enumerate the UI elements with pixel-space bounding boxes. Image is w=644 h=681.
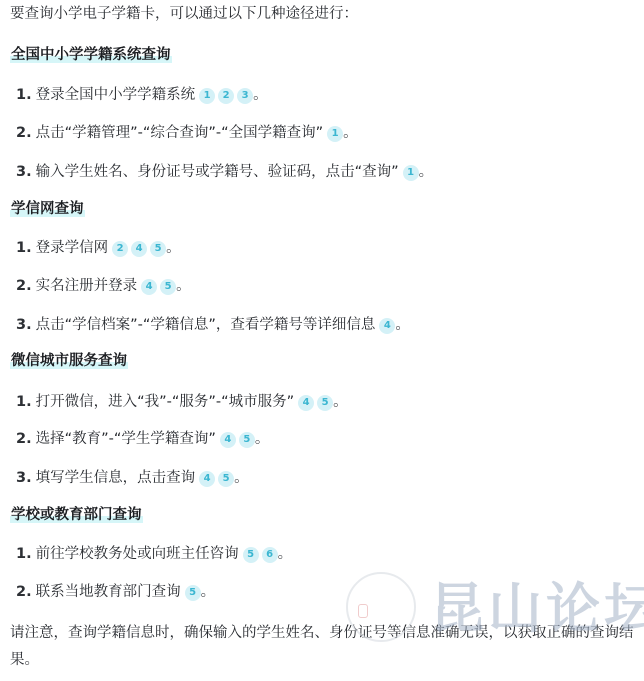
item-number: 1.: [16, 240, 32, 256]
item-end: 。: [343, 125, 358, 141]
item-end: 。: [201, 584, 216, 600]
item-text: 点击“学信档案”-“学籍信息”，查看学籍号等详细信息: [36, 317, 376, 333]
citation-badge[interactable]: 5: [160, 279, 176, 295]
citation-badge[interactable]: 4: [131, 241, 147, 257]
citation-badge[interactable]: 1: [199, 88, 215, 104]
list-item: 2.联系当地教育部门查询5。: [16, 582, 215, 602]
citation-badge[interactable]: 5: [218, 471, 234, 487]
item-number: 2.: [16, 278, 32, 294]
citation-badge[interactable]: 2: [218, 88, 234, 104]
item-end: 。: [253, 87, 268, 103]
item-end: 。: [419, 164, 434, 180]
item-end: 。: [333, 394, 348, 410]
citation-badge[interactable]: 4: [220, 432, 236, 448]
citation-badge[interactable]: 1: [403, 165, 419, 181]
item-text: 输入学生姓名、身份证号或学籍号、验证码，点击“查询”: [36, 164, 399, 180]
item-end: 。: [176, 278, 191, 294]
section-3: 微信城市服务查询: [10, 351, 128, 371]
item-number: 1.: [16, 546, 32, 562]
item-end: 。: [395, 317, 410, 333]
citation-badge[interactable]: 4: [379, 318, 395, 334]
citation-badge[interactable]: 3: [237, 88, 253, 104]
item-end: 。: [278, 546, 293, 562]
section-heading: 全国中小学学籍系统查询: [10, 47, 172, 63]
section-heading: 学校或教育部门查询: [10, 507, 143, 523]
item-end: 。: [234, 470, 249, 486]
citation-badge[interactable]: 5: [185, 585, 201, 601]
item-text: 联系当地教育部门查询: [36, 584, 181, 600]
list-item: 1.登录学信网245。: [16, 238, 181, 258]
citation-badge[interactable]: 5: [243, 547, 259, 563]
citation-badge[interactable]: 4: [141, 279, 157, 295]
section-1: 全国中小学学籍系统查询: [10, 45, 172, 65]
item-text: 实名注册并登录: [36, 278, 138, 294]
list-item: 1.登录全国中小学学籍系统123。: [16, 85, 268, 105]
section-2: 学信网查询: [10, 199, 85, 219]
item-number: 2.: [16, 125, 32, 141]
list-item: 3.填写学生信息，点击查询45。: [16, 468, 249, 488]
list-item: 3.点击“学信档案”-“学籍信息”，查看学籍号等详细信息4。: [16, 315, 410, 335]
section-4: 学校或教育部门查询: [10, 505, 143, 525]
item-number: 2.: [16, 584, 32, 600]
item-number: 3.: [16, 317, 32, 333]
citation-badge[interactable]: 5: [317, 395, 333, 411]
seal-icon: [358, 604, 368, 618]
citation-badge[interactable]: 4: [298, 395, 314, 411]
item-number: 1.: [16, 87, 32, 103]
citation-badge[interactable]: 5: [239, 432, 255, 448]
item-text: 登录全国中小学学籍系统: [36, 87, 196, 103]
section-heading: 微信城市服务查询: [10, 353, 128, 369]
list-item: 3.输入学生姓名、身份证号或学籍号、验证码，点击“查询”1。: [16, 162, 433, 182]
item-number: 1.: [16, 394, 32, 410]
citation-badge[interactable]: 6: [262, 547, 278, 563]
item-text: 打开微信，进入“我”-“服务”-“城市服务”: [36, 394, 295, 410]
list-item: 2.实名注册并登录45。: [16, 276, 191, 296]
item-text: 选择“教育”-“学生学籍查询”: [36, 431, 216, 447]
item-end: 。: [166, 240, 181, 256]
item-text: 前往学校教务处或向班主任咨询: [36, 546, 239, 562]
list-item: 2.点击“学籍管理”-“综合查询”-“全国学籍查询”1。: [16, 123, 358, 143]
section-heading: 学信网查询: [10, 201, 85, 217]
intro-text: 要查询小学电子学籍卡，可以通过以下几种途径进行：: [10, 4, 358, 24]
list-item: 2.选择“教育”-“学生学籍查询”45。: [16, 429, 269, 449]
citation-badge[interactable]: 4: [199, 471, 215, 487]
item-number: 2.: [16, 431, 32, 447]
citation-badge[interactable]: 2: [112, 241, 128, 257]
item-text: 填写学生信息，点击查询: [36, 470, 196, 486]
list-item: 1.前往学校教务处或向班主任咨询56。: [16, 544, 292, 564]
item-number: 3.: [16, 470, 32, 486]
item-end: 。: [255, 431, 270, 447]
citation-badge[interactable]: 1: [327, 126, 343, 142]
note-paragraph: 请注意，查询学籍信息时，确保输入的学生姓名、身份证号等信息准确无误，以获取正确的…: [10, 620, 640, 674]
list-item: 1.打开微信，进入“我”-“服务”-“城市服务”45。: [16, 392, 348, 412]
item-number: 3.: [16, 164, 32, 180]
citation-badge[interactable]: 5: [150, 241, 166, 257]
item-text: 登录学信网: [36, 240, 109, 256]
item-text: 点击“学籍管理”-“综合查询”-“全国学籍查询”: [36, 125, 324, 141]
